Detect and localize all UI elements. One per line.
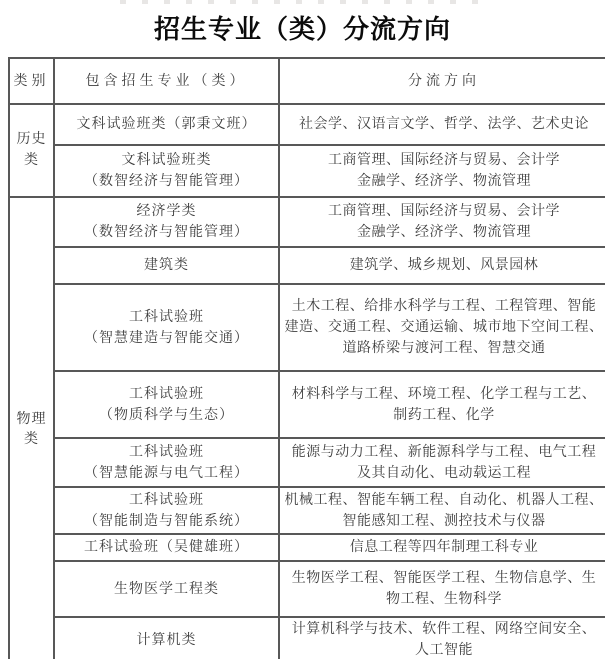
- major-cell: 文科试验班类 （数智经济与智能管理）: [54, 145, 279, 197]
- table-row: 工科试验班 （智慧建造与智能交通） 土木工程、给排水科学与工程、工程管理、智能 …: [9, 284, 605, 371]
- direction-cell: 能源与动力工程、新能源科学与工程、电气工程 及其自动化、电动载运工程: [279, 438, 605, 487]
- table-row: 建筑类 建筑学、城乡规划、风景园林: [9, 247, 605, 284]
- table-row: 生物医学工程类 生物医学工程、智能医学工程、生物信息学、生 物工程、生物科学: [9, 561, 605, 617]
- table-row: 工科试验班（吴健雄班） 信息工程等四年制理工科专业: [9, 534, 605, 561]
- category-cell-history: 历史 类: [9, 104, 54, 197]
- header-category: 类别: [9, 58, 54, 104]
- direction-cell: 工商管理、国际经济与贸易、会计学 金融学、经济学、物流管理: [279, 145, 605, 197]
- header-row: 类别 包含招生专业（类） 分流方向: [9, 58, 605, 104]
- direction-cell: 土木工程、给排水科学与工程、工程管理、智能 建造、交通工程、交通运输、城市地下空…: [279, 284, 605, 371]
- direction-cell: 机械工程、智能车辆工程、自动化、机器人工程、 智能感知工程、测控技术与仪器: [279, 487, 605, 534]
- direction-cell: 信息工程等四年制理工科专业: [279, 534, 605, 561]
- major-cell: 工科试验班 （物质科学与生态）: [54, 371, 279, 438]
- direction-cell: 建筑学、城乡规划、风景园林: [279, 247, 605, 284]
- table-row: 文科试验班类 （数智经济与智能管理） 工商管理、国际经济与贸易、会计学 金融学、…: [9, 145, 605, 197]
- header-majors: 包含招生专业（类）: [54, 58, 279, 104]
- cropped-text-artifacts: [120, 0, 480, 4]
- major-cell: 文科试验班类（郭秉文班）: [54, 104, 279, 145]
- direction-cell: 材料科学与工程、环境工程、化学工程与工艺、 制药工程、化学: [279, 371, 605, 438]
- major-cell: 计算机类: [54, 617, 279, 659]
- major-cell: 建筑类: [54, 247, 279, 284]
- table-row: 工科试验班 （物质科学与生态） 材料科学与工程、环境工程、化学工程与工艺、 制药…: [9, 371, 605, 438]
- page-title: 招生专业（类）分流方向: [0, 9, 605, 46]
- document-page: 招生专业（类）分流方向 类别 包含招生专业（类） 分流方向 历史 类 文科试验班…: [0, 0, 605, 659]
- table-row: 工科试验班 （智能制造与智能系统） 机械工程、智能车辆工程、自动化、机器人工程、…: [9, 487, 605, 534]
- major-cell: 生物医学工程类: [54, 561, 279, 617]
- direction-cell: 工商管理、国际经济与贸易、会计学 金融学、经济学、物流管理: [279, 197, 605, 247]
- direction-cell: 计算机科学与技术、软件工程、网络空间安全、 人工智能: [279, 617, 605, 659]
- major-cell: 经济学类 （数智经济与智能管理）: [54, 197, 279, 247]
- major-cell: 工科试验班 （智慧能源与电气工程）: [54, 438, 279, 487]
- direction-cell: 社会学、汉语言文学、哲学、法学、艺术史论: [279, 104, 605, 145]
- category-cell-physics: 物理 类: [9, 197, 54, 659]
- table-row: 计算机类 计算机科学与技术、软件工程、网络空间安全、 人工智能: [9, 617, 605, 659]
- direction-cell: 生物医学工程、智能医学工程、生物信息学、生 物工程、生物科学: [279, 561, 605, 617]
- majors-table: 类别 包含招生专业（类） 分流方向 历史 类 文科试验班类（郭秉文班） 社会学、…: [8, 57, 605, 659]
- major-cell: 工科试验班 （智能制造与智能系统）: [54, 487, 279, 534]
- table-row: 历史 类 文科试验班类（郭秉文班） 社会学、汉语言文学、哲学、法学、艺术史论: [9, 104, 605, 145]
- major-cell: 工科试验班 （智慧建造与智能交通）: [54, 284, 279, 371]
- table-row: 工科试验班 （智慧能源与电气工程） 能源与动力工程、新能源科学与工程、电气工程 …: [9, 438, 605, 487]
- major-cell: 工科试验班（吴健雄班）: [54, 534, 279, 561]
- table-row: 物理 类 经济学类 （数智经济与智能管理） 工商管理、国际经济与贸易、会计学 金…: [9, 197, 605, 247]
- header-directions: 分流方向: [279, 58, 605, 104]
